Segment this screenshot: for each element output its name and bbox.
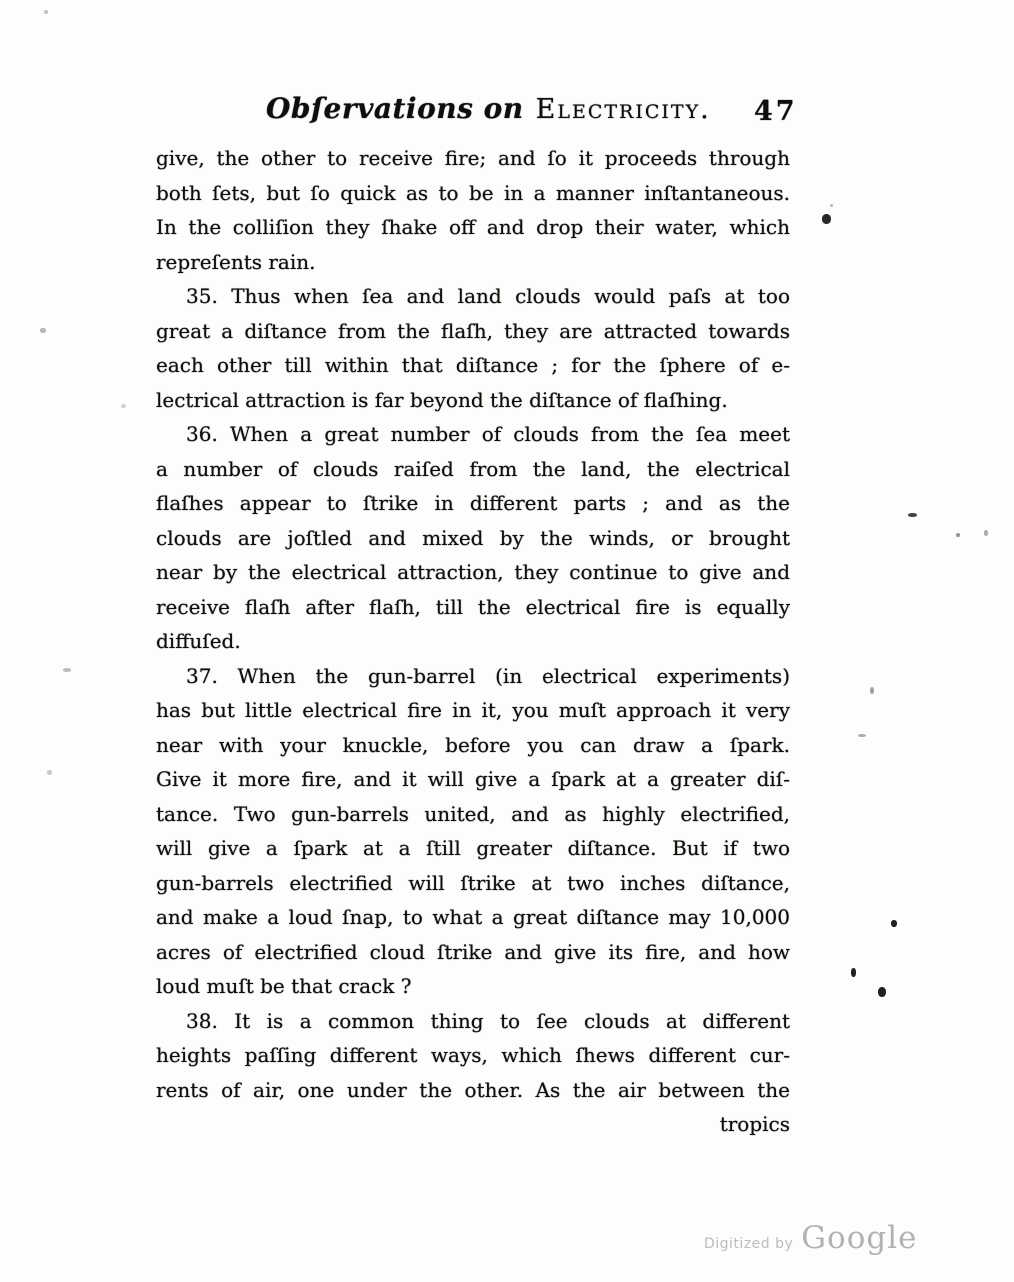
ink-speck: [878, 987, 886, 997]
text-line: receive flaſh after flaſh, till the elec…: [156, 590, 790, 625]
ink-speck: [63, 668, 71, 672]
text-line: will give a ſpark at a ſtill greater diſ…: [156, 831, 790, 866]
google-watermark: Digitized by Google: [704, 1220, 918, 1256]
page-number: 47: [754, 96, 798, 127]
ink-speck: [40, 328, 46, 333]
text-line: acres of electrified cloud ſtrike and gi…: [156, 935, 790, 970]
text-line: great a diſtance from the flaſh, they ar…: [156, 314, 790, 349]
paragraph-36: 36. When a great number of clouds from t…: [156, 417, 790, 659]
ink-speck: [891, 920, 897, 927]
ink-speck: [908, 513, 917, 517]
text-line: each other till within that diſtance ; f…: [156, 348, 790, 383]
ink-speck: [870, 687, 874, 694]
running-title-smallcaps: Electricity.: [536, 94, 711, 125]
paragraph-continuation: give, the other to receive fire; and ſo …: [156, 141, 790, 279]
ink-speck: [858, 734, 866, 737]
text-line: 36. When a great number of clouds from t…: [156, 417, 790, 452]
ink-speck: [44, 10, 48, 14]
text-line: give, the other to receive fire; and ſo …: [156, 141, 790, 176]
ink-speck: [121, 404, 126, 408]
text-line: gun-barrels electrified will ſtrike at t…: [156, 866, 790, 901]
page-body-text: give, the other to receive fire; and ſo …: [156, 141, 790, 1142]
text-line: tance. Two gun-barrels united, and as hi…: [156, 797, 790, 832]
text-line: clouds are joſtled and mixed by the wind…: [156, 521, 790, 556]
text-line: near by the electrical attraction, they …: [156, 555, 790, 590]
scanned-book-page: Obſervations onElectricity. 47 give, the…: [0, 0, 1014, 1282]
paragraph-38: 38. It is a common thing to ſee clouds a…: [156, 1004, 790, 1108]
text-line: near with your knuckle, before you can d…: [156, 728, 790, 763]
text-line: In the colliſion they ſhake off and drop…: [156, 210, 790, 245]
text-line: heights paſſing different ways, which ſh…: [156, 1038, 790, 1073]
text-line: 37. When the gun-barrel (in electrical e…: [156, 659, 790, 694]
text-line: both ſets, but ſo quick as to be in a ma…: [156, 176, 790, 211]
running-header: Obſervations onElectricity. 47: [156, 92, 804, 138]
catchword: tropics: [156, 1107, 790, 1142]
running-title: Obſervations onElectricity.: [266, 92, 711, 125]
text-line: a number of clouds raiſed from the land,…: [156, 452, 790, 487]
text-line: 35. Thus when ſea and land clouds would …: [156, 279, 790, 314]
ink-speck: [956, 533, 960, 537]
ink-speck: [822, 214, 831, 224]
text-line: 38. It is a common thing to ſee clouds a…: [156, 1004, 790, 1039]
paragraph-37: 37. When the gun-barrel (in electrical e…: [156, 659, 790, 1004]
text-line: rents of air, one under the other. As th…: [156, 1073, 790, 1108]
ink-speck: [47, 770, 52, 775]
ink-speck: [851, 968, 856, 977]
text-line: lectrical attraction is far beyond the d…: [156, 383, 790, 418]
paragraph-35: 35. Thus when ſea and land clouds would …: [156, 279, 790, 417]
text-line: has but little electrical fire in it, yo…: [156, 693, 790, 728]
ink-speck: [984, 530, 988, 536]
text-line: and make a loud ſnap, to what a great di…: [156, 900, 790, 935]
ink-speck: [830, 204, 833, 207]
google-logo: Google: [801, 1220, 917, 1256]
text-line: loud muſt be that crack ?: [156, 969, 790, 1004]
text-line: flaſhes appear to ſtrike in different pa…: [156, 486, 790, 521]
running-title-italic: Obſervations on: [266, 92, 524, 125]
text-line: diffuſed.: [156, 624, 790, 659]
text-line: repreſents rain.: [156, 245, 790, 280]
text-line: Give it more fire, and it will give a ſp…: [156, 762, 790, 797]
digitized-by-label: Digitized by: [704, 1236, 793, 1252]
